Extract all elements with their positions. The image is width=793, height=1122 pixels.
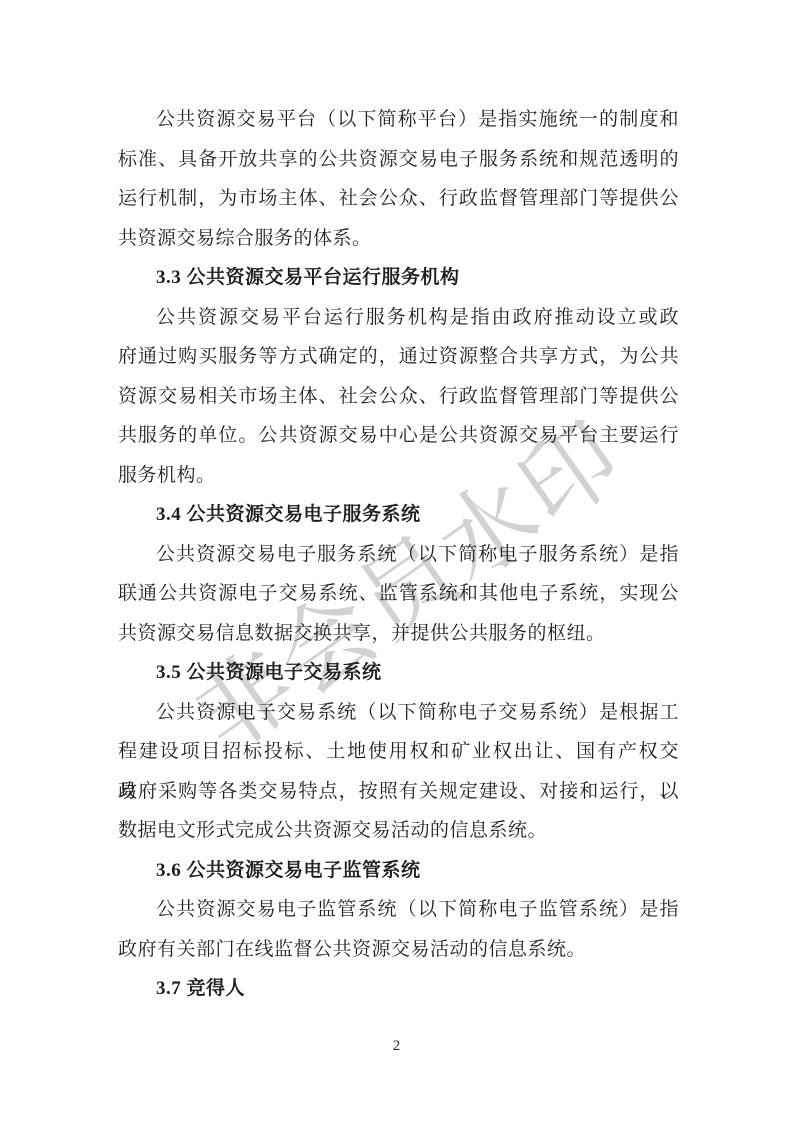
section-heading-3-7: 3.7 竞得人: [118, 969, 679, 1009]
paragraph-line: 公共资源交易电子监管系统（以下简称电子监管系统）是指: [118, 890, 679, 930]
paragraph-line: 共资源交易综合服务的体系。: [118, 219, 679, 259]
paragraph-line: 服务机构。: [118, 456, 679, 496]
paragraph-line: 资源交易相关市场主体、社会公众、行政监督管理部门等提供公: [118, 377, 679, 417]
paragraph-line: 共资源交易信息数据交换共享，并提供公共服务的枢纽。: [118, 614, 679, 654]
paragraph-electronic-service-system: 公共资源交易电子服务系统（以下简称电子服务系统）是指 联通公共资源电子交易系统、…: [118, 535, 679, 654]
section-heading-3-6: 3.6 公共资源交易电子监管系统: [118, 851, 679, 891]
paragraph-line: 公共资源交易平台运行服务机构是指由政府推动设立或政: [118, 298, 679, 338]
paragraph-line: 公共资源电子交易系统（以下简称电子交易系统）是根据工: [118, 693, 679, 733]
paragraph-line: 公共资源交易电子服务系统（以下简称电子服务系统）是指: [118, 535, 679, 575]
paragraph-line: 标准、具备开放共享的公共资源交易电子服务系统和规范透明的: [118, 140, 679, 180]
paragraph-line: 共服务的单位。公共资源交易中心是公共资源交易平台主要运行: [118, 416, 679, 456]
paragraph-electronic-supervision-system: 公共资源交易电子监管系统（以下简称电子监管系统）是指 政府有关部门在线监督公共资…: [118, 890, 679, 969]
page-number: 2: [0, 1038, 793, 1055]
paragraph-line: 政府有关部门在线监督公共资源交易活动的信息系统。: [118, 930, 679, 970]
paragraph-operation-service-org: 公共资源交易平台运行服务机构是指由政府推动设立或政 府通过购买服务等方式确定的，…: [118, 298, 679, 496]
paragraph-electronic-trading-system: 公共资源电子交易系统（以下简称电子交易系统）是根据工 程建设项目招标投标、土地使…: [118, 693, 679, 851]
paragraph-line: 数据电文形式完成公共资源交易活动的信息系统。: [118, 811, 679, 851]
document-page: 非会员水印 公共资源交易平台（以下简称平台）是指实施统一的制度和 标准、具备开放…: [0, 0, 793, 1122]
paragraph-line: 运行机制，为市场主体、社会公众、行政监督管理部门等提供公: [118, 179, 679, 219]
paragraph-line: 政府采购等各类交易特点，按照有关规定建设、对接和运行，以: [118, 772, 679, 812]
paragraph-line: 公共资源交易平台（以下简称平台）是指实施统一的制度和: [118, 100, 679, 140]
paragraph-line: 联通公共资源电子交易系统、监管系统和其他电子系统，实现公: [118, 574, 679, 614]
paragraph-platform-definition: 公共资源交易平台（以下简称平台）是指实施统一的制度和 标准、具备开放共享的公共资…: [118, 100, 679, 258]
section-heading-3-5: 3.5 公共资源电子交易系统: [118, 653, 679, 693]
section-heading-3-4: 3.4 公共资源交易电子服务系统: [118, 495, 679, 535]
document-content: 公共资源交易平台（以下简称平台）是指实施统一的制度和 标准、具备开放共享的公共资…: [118, 100, 679, 1009]
section-heading-3-3: 3.3 公共资源交易平台运行服务机构: [118, 258, 679, 298]
paragraph-line: 府通过购买服务等方式确定的，通过资源整合共享方式，为公共: [118, 337, 679, 377]
paragraph-line: 程建设项目招标投标、土地使用权和矿业权出让、国有产权交易、: [118, 732, 679, 772]
